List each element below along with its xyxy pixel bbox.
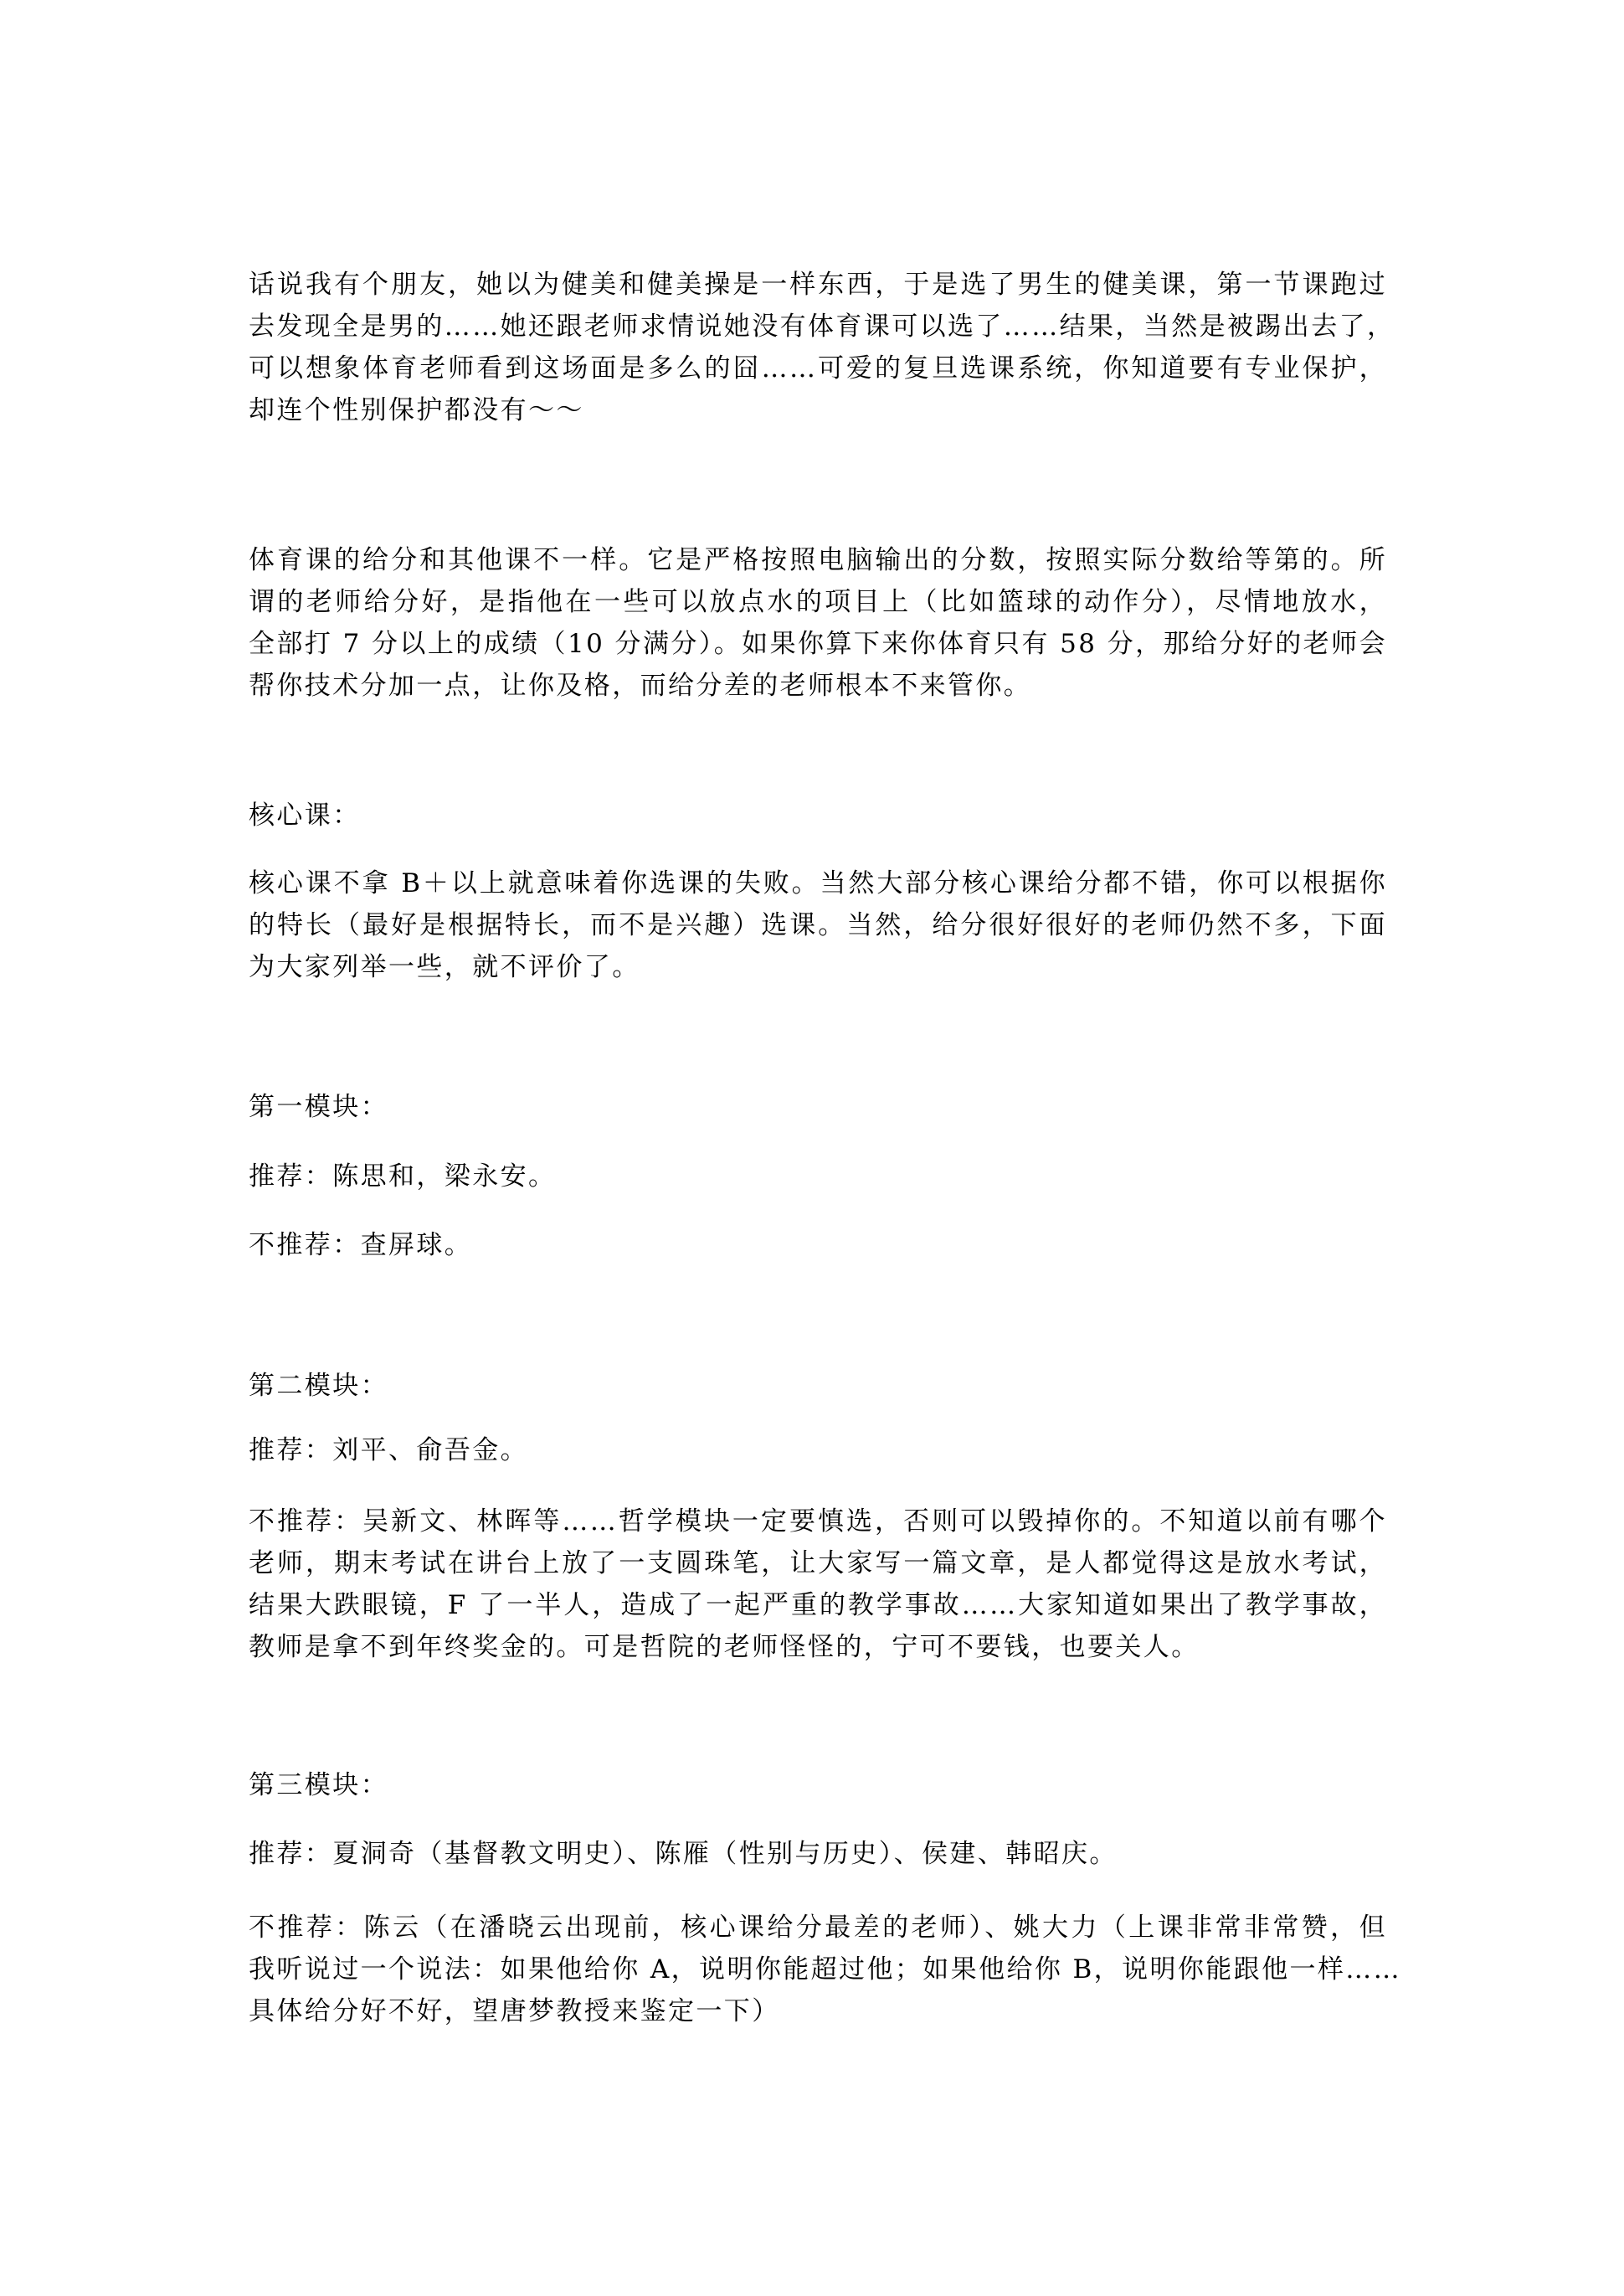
not-recommended-line: 结果大跌眼镜，F 了一半人，造成了一起严重的教学事故……大家知道如果出了教学事故… bbox=[249, 1590, 1387, 1632]
text-line: 去发现全是男的……她还跟老师求情说她没有体育课可以选了……结果，当然是被踢出去了… bbox=[249, 311, 1387, 353]
recommended-list: 推荐：刘平、俞吾金。 bbox=[249, 1435, 1387, 1477]
text-line: 的特长（最好是根据特长，而不是兴趣）选课。当然，给分很好很好的老师仍然不多，下面 bbox=[249, 910, 1387, 952]
text-line: 帮你技术分加一点，让你及格，而给分差的老师根本不来管你。 bbox=[249, 671, 1387, 713]
not-recommended-line: 不推荐：陈云（在潘晓云出现前，核心课给分最差的老师）、姚大力（上课非常非常赞，但 bbox=[249, 1912, 1387, 1954]
not-recommended-line: 我听说过一个说法：如果他给你 A，说明你能超过他；如果他给你 B，说明你能跟他一… bbox=[249, 1954, 1387, 1996]
text-line: 为大家列举一些，就不评价了。 bbox=[249, 952, 1387, 994]
module-heading: 第二模块： bbox=[249, 1371, 1387, 1413]
text-line: 体育课的给分和其他课不一样。它是严格按照电脑输出的分数，按照实际分数给等第的。所 bbox=[249, 545, 1387, 587]
not-recommended-line: 教师是拿不到年终奖金的。可是哲院的老师怪怪的，宁可不要钱，也要关人。 bbox=[249, 1632, 1387, 1674]
text-line: 却连个性别保护都没有～～ bbox=[249, 395, 1387, 437]
text-line: 可以想象体育老师看到这场面是多么的囧……可爱的复旦选课系统，你知道要有专业保护， bbox=[249, 353, 1387, 395]
not-recommended-list: 不推荐：查屏球。 bbox=[249, 1230, 1387, 1272]
not-recommended-line: 老师，期末考试在讲台上放了一支圆珠笔，让大家写一篇文章，是人都觉得这是放水考试， bbox=[249, 1548, 1387, 1590]
text-line: 核心课不拿 B＋以上就意味着你选课的失败。当然大部分核心课给分都不错，你可以根据… bbox=[249, 868, 1387, 910]
module-heading: 第三模块： bbox=[249, 1770, 1387, 1812]
recommended-list: 推荐：陈思和，梁永安。 bbox=[249, 1161, 1387, 1203]
text-line: 话说我有个朋友，她以为健美和健美操是一样东西，于是选了男生的健美课，第一节课跑过 bbox=[249, 270, 1387, 311]
module-heading: 第一模块： bbox=[249, 1092, 1387, 1134]
section-heading: 核心课： bbox=[249, 801, 1387, 842]
text-line: 全部打 7 分以上的成绩（10 分满分）。如果你算下来你体育只有 58 分，那给… bbox=[249, 629, 1387, 671]
not-recommended-line: 不推荐：吴新文、林晖等……哲学模块一定要慎选，否则可以毁掉你的。不知道以前有哪个 bbox=[249, 1506, 1387, 1548]
not-recommended-line: 具体给分好不好，望唐梦教授来鉴定一下） bbox=[249, 1996, 1387, 2038]
recommended-list: 推荐：夏洞奇（基督教文明史）、陈雁（性别与历史）、侯建、韩昭庆。 bbox=[249, 1839, 1387, 1881]
document-page: 话说我有个朋友，她以为健美和健美操是一样东西，于是选了男生的健美课，第一节课跑过… bbox=[0, 0, 1624, 2296]
text-line: 谓的老师给分好，是指他在一些可以放点水的项目上（比如篮球的动作分），尽情地放水， bbox=[249, 587, 1387, 629]
